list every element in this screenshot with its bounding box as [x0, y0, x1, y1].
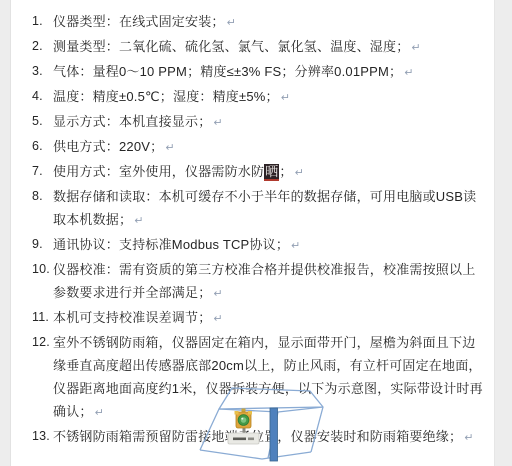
text-segment: ；	[279, 164, 292, 179]
text-segment: 仪器校准：需有资质的第三方校准合格并提供校准报告，校准需按照以上参数要求进行并全…	[53, 262, 475, 300]
list-item-text: 不锈钢防雨箱需预留防雷接地端子位置，仪器安装时和防雨箱要绝缘；↵	[53, 429, 474, 444]
list-item-number: 10.	[32, 258, 50, 281]
list-item-number: 5.	[32, 110, 43, 133]
list-item-number: 4.	[32, 85, 43, 108]
floor-edges	[200, 450, 311, 459]
text-segment: 供电方式：220V；	[53, 139, 163, 154]
list-item-number: 1.	[32, 10, 43, 33]
text-segment: 气体：量程0～10 PPM；精度≤±3% FS；分辨率0.01PPM；	[53, 64, 402, 79]
list-item-number: 8.	[32, 185, 43, 208]
list-item-number: 9.	[32, 233, 43, 256]
list-item-number: 12.	[32, 331, 50, 354]
text-segment: 通讯协议：支持标准Modbus TCP协议；	[53, 237, 289, 252]
list-item-number: 3.	[32, 60, 43, 83]
list-item: 3. 气体：量程0～10 PPM；精度≤±3% FS；分辨率0.01PPM；↵	[0, 60, 512, 85]
text-segment: 测量类型：二氧化硫、硫化氢、氯气、氯化氢、温度、湿度；	[53, 39, 409, 54]
list-item-text: 仪器类型：在线式固定安装；↵	[53, 14, 236, 29]
list-item-number: 13.	[32, 425, 50, 448]
list-item-number: 6.	[32, 135, 43, 158]
list-item-text: 气体：量程0～10 PPM；精度≤±3% FS；分辨率0.01PPM；↵	[53, 64, 414, 79]
list-item-text: 使用方式：室外使用，仪器需防水防晒；↵	[53, 164, 304, 179]
list-item: 5. 显示方式：本机直接显示；↵	[0, 110, 512, 135]
paragraph-mark: ↵	[295, 167, 304, 179]
list-item-text: 显示方式：本机直接显示；↵	[53, 114, 223, 129]
list-item: 9. 通讯协议：支持标准Modbus TCP协议；↵	[0, 233, 512, 258]
list-item-text: 通讯协议：支持标准Modbus TCP协议；↵	[53, 237, 300, 252]
spec-list[interactable]: 1. 仪器类型：在线式固定安装；↵ 2. 测量类型：二氧化硫、硫化氢、氯气、氯化…	[0, 10, 512, 450]
paragraph-mark: ↵	[411, 42, 420, 54]
paragraph-mark: ↵	[227, 17, 236, 29]
text-segment: 温度：精度±0.5℃；湿度：精度±5%；	[53, 89, 279, 104]
text-segment: 数据存储和读取：本机可缓存不小于半年的数据存储，可用电脑或USB读取本机数据；	[53, 189, 476, 227]
list-item-number: 11.	[32, 306, 49, 329]
paragraph-mark: ↵	[213, 117, 222, 129]
paragraph-mark: ↵	[165, 142, 174, 154]
list-item: 13. 不锈钢防雨箱需预留防雷接地端子位置，仪器安装时和防雨箱要绝缘；↵	[0, 425, 512, 450]
paragraph-mark: ↵	[281, 92, 290, 104]
list-item: 4. 温度：精度±0.5℃；湿度：精度±5%；↵	[0, 85, 512, 110]
list-item: 11. 本机可支持校准误差调节；↵	[0, 306, 512, 331]
list-item: 10. 仪器校准：需有资质的第三方校准合格并提供校准报告，校准需按照以上参数要求…	[0, 258, 512, 306]
list-item-number: 7.	[32, 160, 43, 183]
paragraph-mark: ↵	[291, 240, 300, 252]
list-item: 2. 测量类型：二氧化硫、硫化氢、氯气、氯化氢、温度、湿度；↵	[0, 35, 512, 60]
list-item-text: 测量类型：二氧化硫、硫化氢、氯气、氯化氢、温度、湿度；↵	[53, 39, 421, 54]
list-item: 6. 供电方式：220V；↵	[0, 135, 512, 160]
text-segment: 显示方式：本机直接显示；	[53, 114, 211, 129]
highlighted-text: 晒	[264, 164, 279, 181]
list-item-text: 本机可支持校准误差调节；↵	[53, 310, 223, 325]
paragraph-mark: ↵	[213, 288, 222, 300]
list-item: 12. 室外不锈钢防雨箱，仪器固定在箱内，显示面带开门，屋檐为斜面且下边缘垂直高…	[0, 331, 512, 425]
list-item-text: 室外不锈钢防雨箱，仪器固定在箱内，显示面带开门，屋檐为斜面且下边缘垂直高度超出传…	[53, 335, 483, 419]
text-segment: 本机可支持校准误差调节；	[53, 310, 211, 325]
list-item: 1. 仪器类型：在线式固定安装；↵	[0, 10, 512, 35]
text-segment: 不锈钢防雨箱需预留防雷接地端子位置，仪器安装时和防雨箱要绝缘；	[53, 429, 462, 444]
list-item-number: 2.	[32, 35, 43, 58]
text-segment: 仪器类型：在线式固定安装；	[53, 14, 225, 29]
paragraph-mark: ↵	[404, 67, 413, 79]
list-item-text: 供电方式：220V；↵	[53, 139, 175, 154]
paragraph-mark: ↵	[134, 215, 143, 227]
text-segment: 室外不锈钢防雨箱，仪器固定在箱内，显示面带开门，屋檐为斜面且下边缘垂直高度超出传…	[53, 335, 483, 419]
paragraph-mark: ↵	[95, 407, 104, 419]
paragraph-mark: ↵	[464, 432, 473, 444]
text-segment: 使用方式：室外使用，仪器需防水防	[53, 164, 264, 179]
list-item: 7. 使用方式：室外使用，仪器需防水防晒；↵	[0, 160, 512, 185]
list-item-text: 数据存储和读取：本机可缓存不小于半年的数据存储，可用电脑或USB读取本机数据；↵	[53, 189, 476, 227]
paragraph-mark: ↵	[213, 313, 222, 325]
list-item-text: 温度：精度±0.5℃；湿度：精度±5%；↵	[53, 89, 290, 104]
list-item-text: 仪器校准：需有资质的第三方校准合格并提供校准报告，校准需按照以上参数要求进行并全…	[53, 262, 475, 300]
list-item: 8. 数据存储和读取：本机可缓存不小于半年的数据存储，可用电脑或USB读取本机数…	[0, 185, 512, 233]
